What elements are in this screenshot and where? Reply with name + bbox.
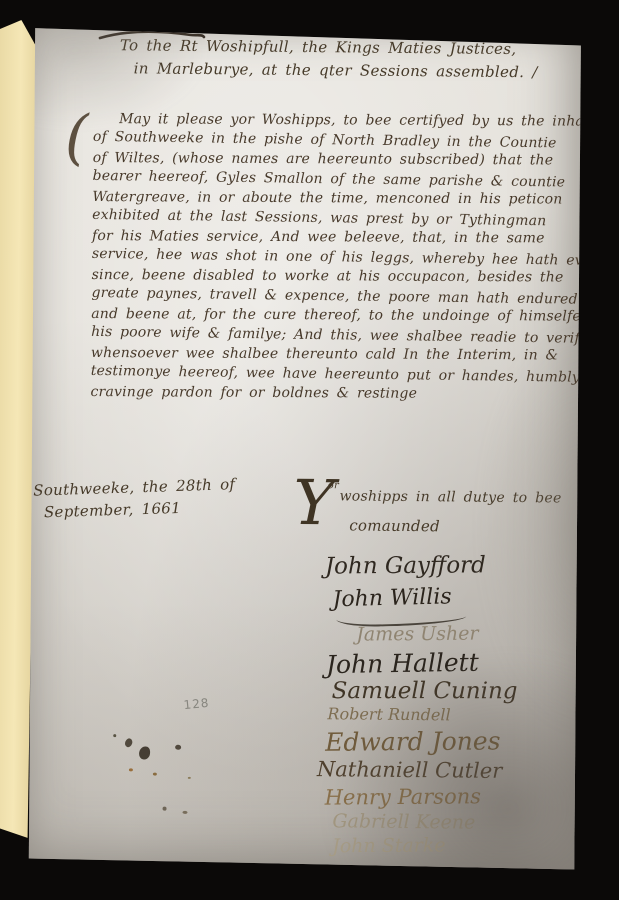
valediction-superscript: or bbox=[328, 480, 340, 491]
signature: John Gayfford bbox=[325, 552, 486, 579]
paper-stain bbox=[18, 18, 208, 128]
manuscript-photo: { "photo": { "background_color": "#0b090… bbox=[0, 0, 619, 900]
manuscript-page: To the Rt Woshipfull, the Kings Maties J… bbox=[28, 26, 582, 872]
valediction-line-2: comaunded bbox=[349, 516, 440, 535]
paper-stain bbox=[318, 646, 598, 886]
dateline: Southweeke, the 28th of September, 1661 bbox=[33, 473, 236, 524]
